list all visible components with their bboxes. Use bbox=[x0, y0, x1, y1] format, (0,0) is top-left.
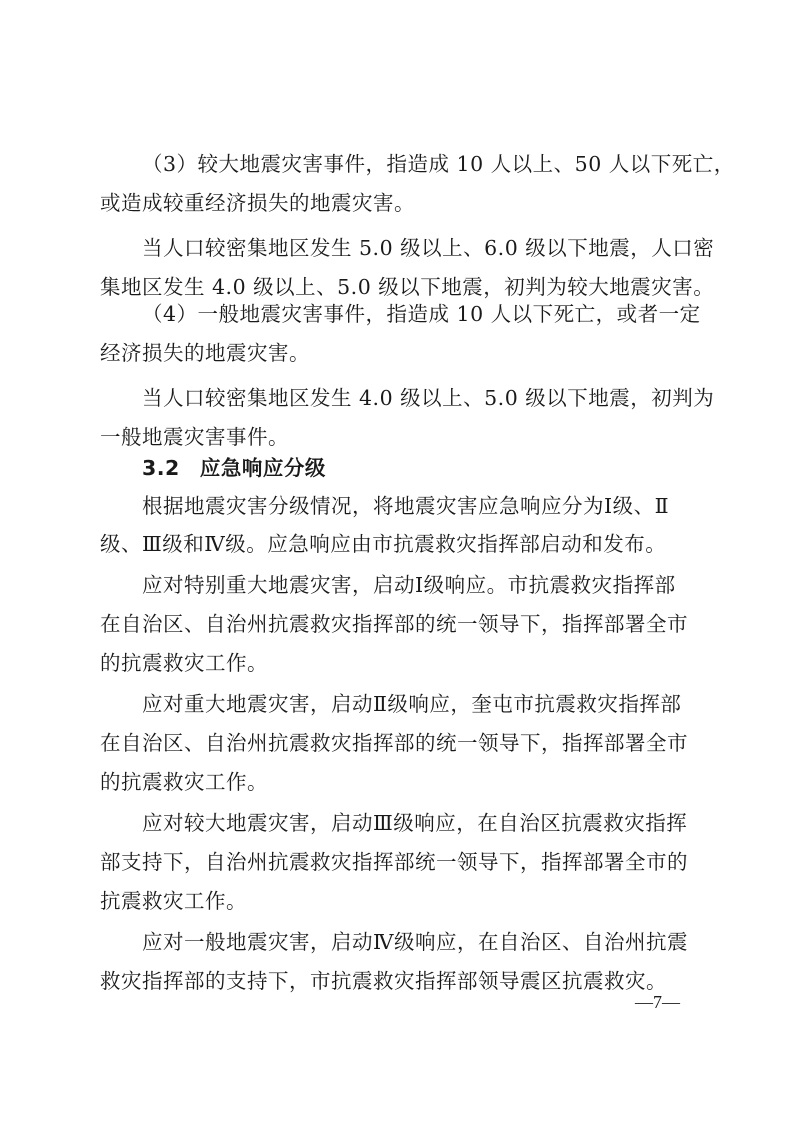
text-line: 应对重大地震灾害，启动Ⅱ级响应，奎屯市抗震救灾指挥部 bbox=[142, 692, 694, 716]
section-heading: 3.2应急响应分级 bbox=[142, 456, 736, 480]
text-line: 在自治区、自治州抗震救灾指挥部的统一领导下，指挥部署全市 bbox=[100, 612, 694, 636]
text-line: 抗震救灾工作。 bbox=[100, 889, 694, 913]
text-line: 应对特别重大地震灾害，启动Ⅰ级响应。市抗震救灾指挥部 bbox=[142, 573, 694, 597]
text-line: （4）一般地震灾害事件，指造成 10 人以下死亡，或者一定 bbox=[142, 302, 694, 326]
text-line: 救灾指挥部的支持下，市抗震救灾指挥部领导震区抗震救灾。 bbox=[100, 969, 694, 993]
text-line: 的抗震救灾工作。 bbox=[100, 770, 694, 794]
text-line: 应对一般地震灾害，启动Ⅳ级响应，在自治区、自治州抗震 bbox=[142, 930, 694, 954]
page-number: —7— bbox=[635, 992, 680, 1013]
text-line: 经济损失的地震灾害。 bbox=[100, 341, 694, 365]
text-line: 或造成较重经济损失的地震灾害。 bbox=[100, 191, 694, 215]
text-line: 根据地震灾害分级情况，将地震灾害应急响应分为Ⅰ级、Ⅱ bbox=[142, 494, 694, 518]
section-number: 3.2 bbox=[142, 456, 180, 480]
section-title: 应急响应分级 bbox=[200, 456, 326, 480]
text-line: 部支持下，自治州抗震救灾指挥部统一领导下，指挥部署全市的 bbox=[100, 850, 694, 874]
text-line: 在自治区、自治州抗震救灾指挥部的统一领导下，指挥部署全市 bbox=[100, 731, 694, 755]
text-line: 应对较大地震灾害，启动Ⅲ级响应，在自治区抗震救灾指挥 bbox=[142, 811, 694, 835]
text-line: 一般地震灾害事件。 bbox=[100, 425, 694, 449]
text-line: 的抗震救灾工作。 bbox=[100, 651, 694, 675]
text-line: （3）较大地震灾害事件，指造成 10 人以上、50 人以下死亡， bbox=[142, 152, 694, 176]
text-line: 当人口较密集地区发生 4.0 级以上、5.0 级以下地震，初判为 bbox=[142, 386, 694, 410]
text-line: 集地区发生 4.0 级以上、5.0 级以下地震，初判为较大地震灾害。 bbox=[100, 275, 694, 299]
text-line: 级、Ⅲ级和Ⅳ级。应急响应由市抗震救灾指挥部启动和发布。 bbox=[100, 532, 694, 556]
text-line: 当人口较密集地区发生 5.0 级以上、6.0 级以下地震，人口密 bbox=[142, 236, 694, 260]
